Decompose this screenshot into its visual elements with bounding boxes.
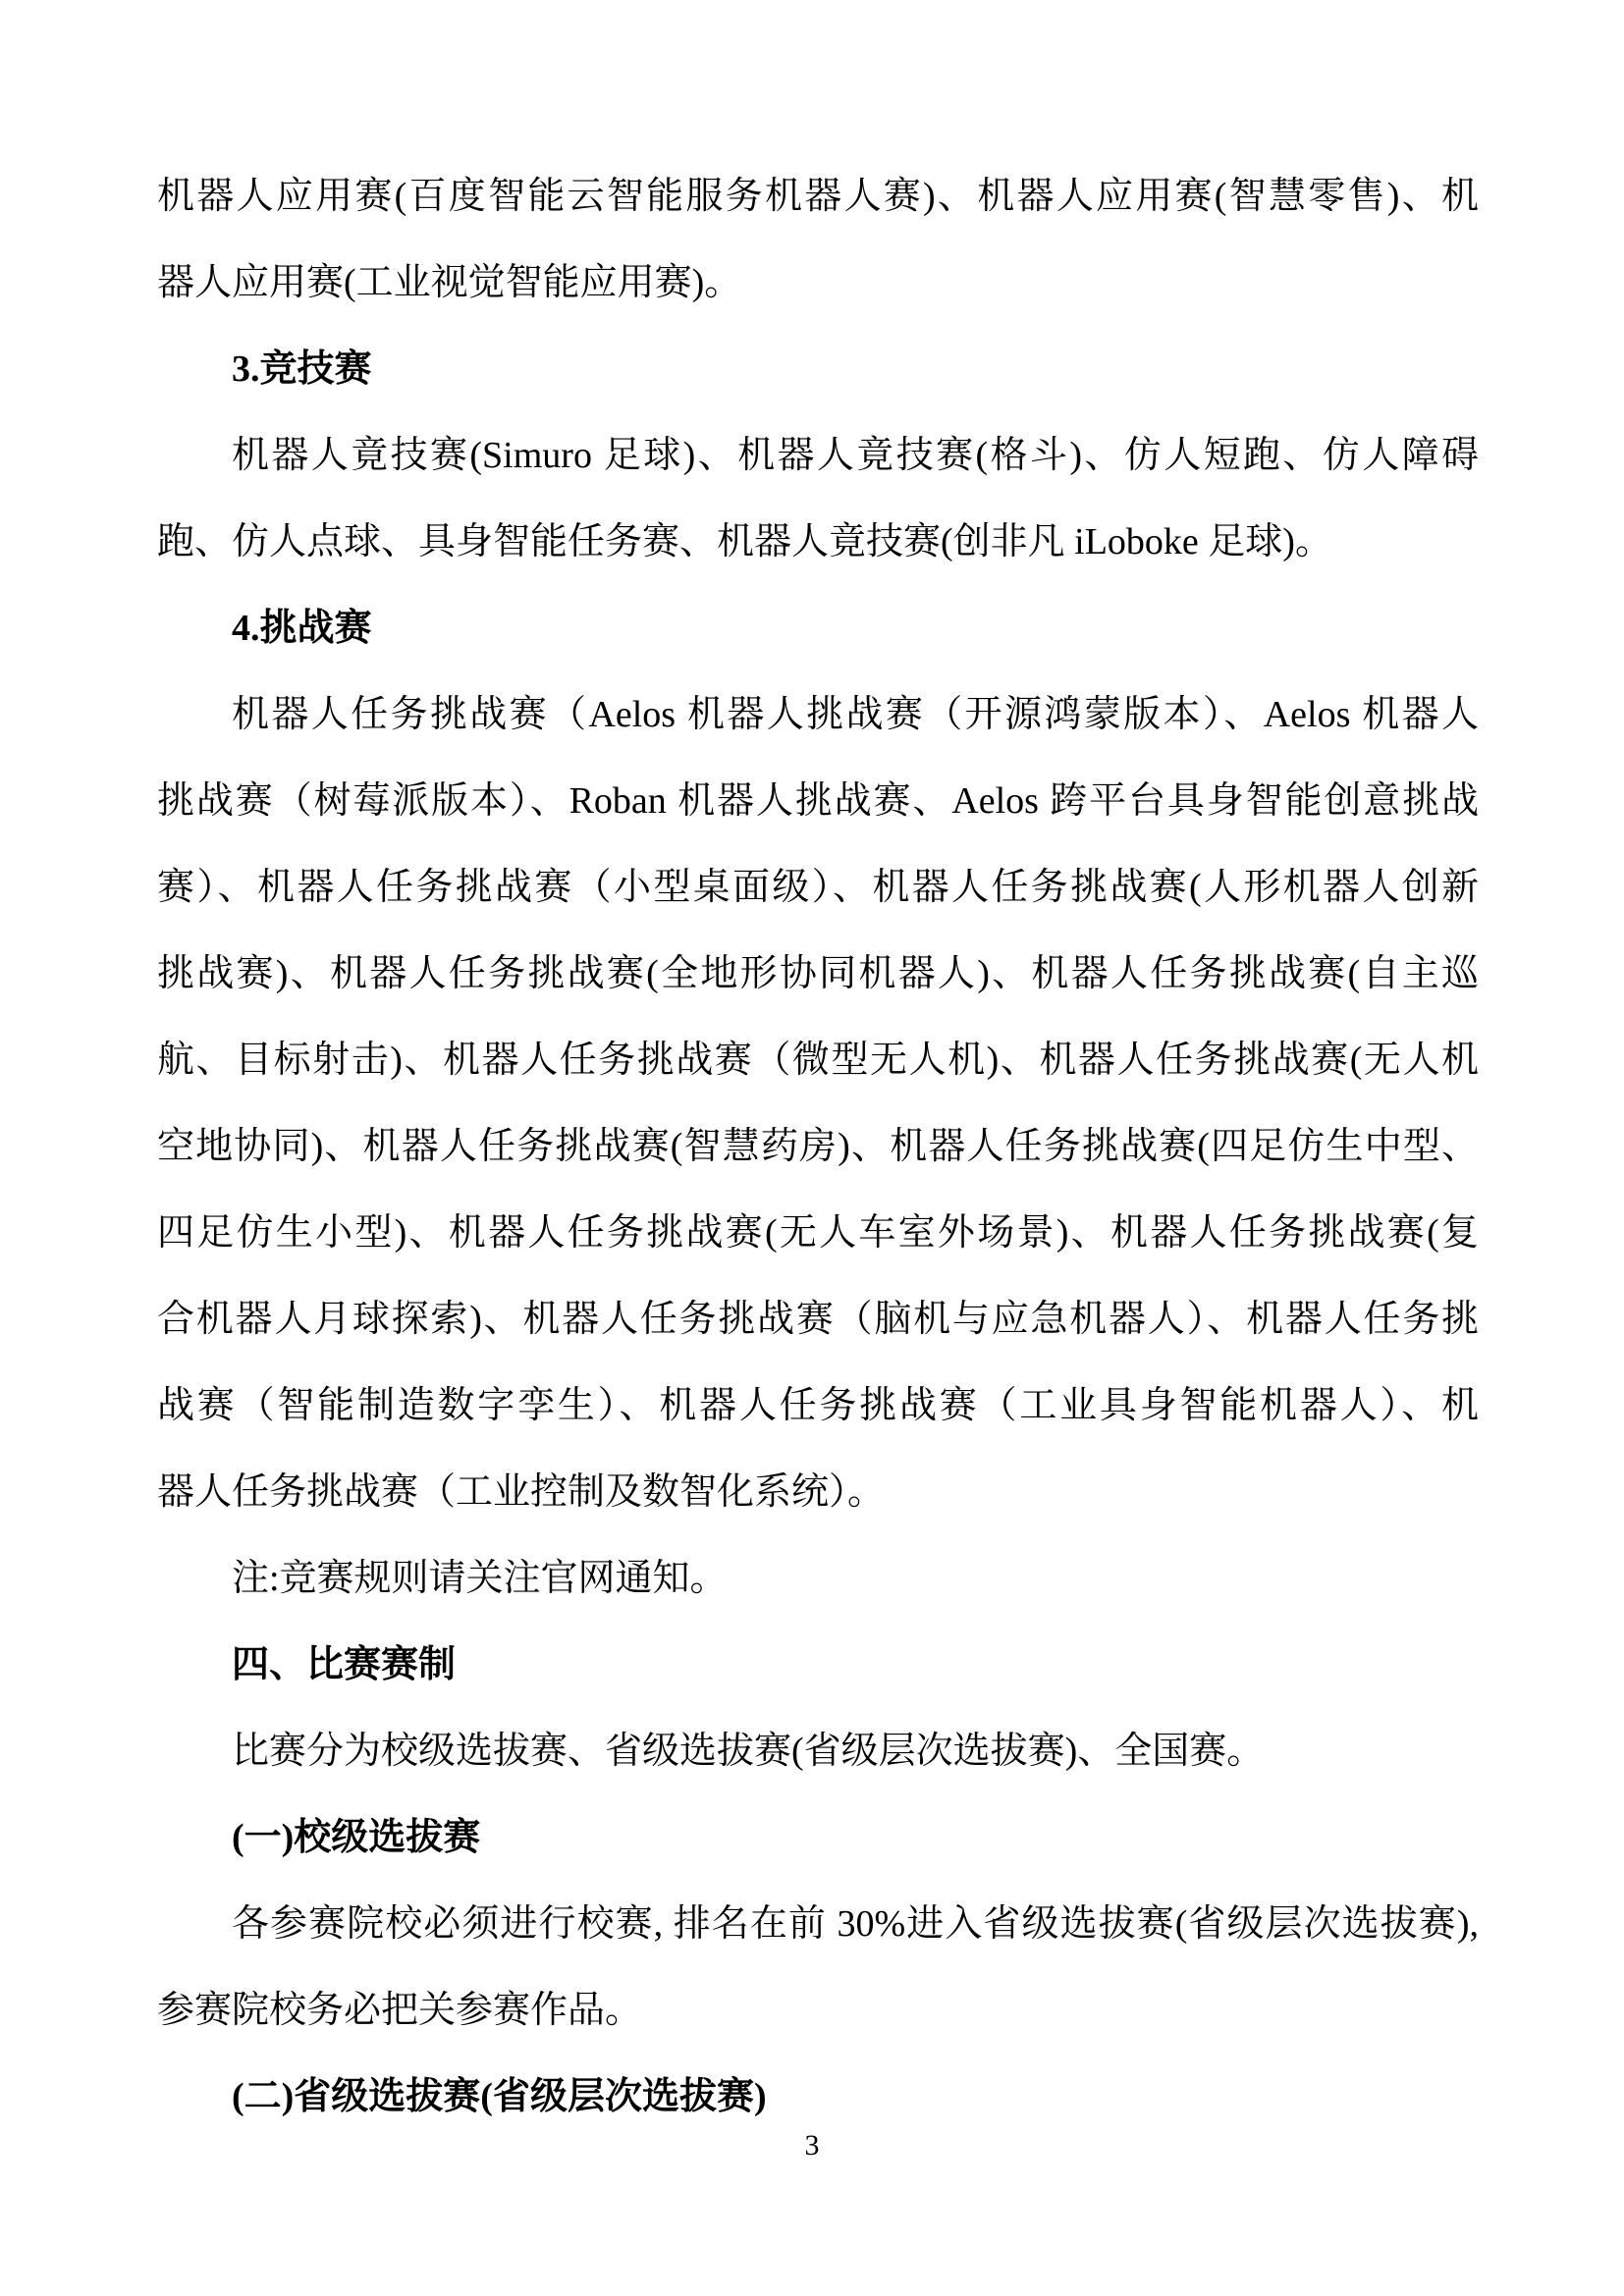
body-line: 空地协同)、机器人任务挑战赛(智慧药房)、机器人任务挑战赛(四足仿生中型、 [157, 1103, 1479, 1190]
body-line: 各参赛院校必须进行校赛, 排名在前 30%进入省级选拔赛(省级层次选拔赛), [157, 1881, 1479, 1967]
note-line: 注:竞赛规则请关注官网通知。 [157, 1535, 1479, 1622]
body-line: 赛）、机器人任务挑战赛（小型桌面级）、机器人任务挑战赛(人形机器人创新 [157, 844, 1479, 931]
body-line: 器人任务挑战赛（工业控制及数智化系统）。 [157, 1449, 1479, 1535]
body-line: 机器人应用赛(百度智能云智能服务机器人赛)、机器人应用赛(智慧零售)、机 [157, 153, 1479, 240]
body-line: 四足仿生小型)、机器人任务挑战赛(无人车室外场景)、机器人任务挑战赛(复 [157, 1190, 1479, 1276]
body-line: 参赛院校务必把关参赛作品。 [157, 1967, 1479, 2054]
body-line: 机器人竟技赛(Simuro 足球)、机器人竟技赛(格斗)、仿人短跑、仿人障碍 [157, 412, 1479, 499]
body-line: 挑战赛)、机器人任务挑战赛(全地形协同机器人)、机器人任务挑战赛(自主巡 [157, 931, 1479, 1017]
body-line: 战赛（智能制造数字孪生）、机器人任务挑战赛（工业具身智能机器人）、机 [157, 1362, 1479, 1449]
body-line: 航、目标射击)、机器人任务挑战赛（微型无人机)、机器人任务挑战赛(无人机 [157, 1017, 1479, 1103]
body-line: 跑、仿人点球、具身智能任务赛、机器人竟技赛(创非凡 iLoboke 足球)。 [157, 499, 1479, 585]
section-heading: 四、比赛赛制 [157, 1622, 1479, 1708]
document-body: 机器人应用赛(百度智能云智能服务机器人赛)、机器人应用赛(智慧零售)、机 器人应… [157, 153, 1479, 2140]
body-line: 机器人任务挑战赛（Aelos 机器人挑战赛（开源鸿蒙版本）、Aelos 机器人 [157, 671, 1479, 758]
section-heading: 4.挑战赛 [157, 585, 1479, 671]
body-line: 合机器人月球探索)、机器人任务挑战赛（脑机与应急机器人）、机器人任务挑 [157, 1276, 1479, 1362]
body-line: 挑战赛（树莓派版本）、Roban 机器人挑战赛、Aelos 跨平台具身智能创意挑… [157, 758, 1479, 844]
section-heading: (一)校级选拔赛 [157, 1794, 1479, 1881]
body-line: 器人应用赛(工业视觉智能应用赛)。 [157, 240, 1479, 326]
body-line: 比赛分为校级选拔赛、省级选拔赛(省级层次选拔赛)、全国赛。 [157, 1708, 1479, 1794]
section-heading: 3.竞技赛 [157, 326, 1479, 412]
page-number: 3 [0, 2123, 1624, 2168]
